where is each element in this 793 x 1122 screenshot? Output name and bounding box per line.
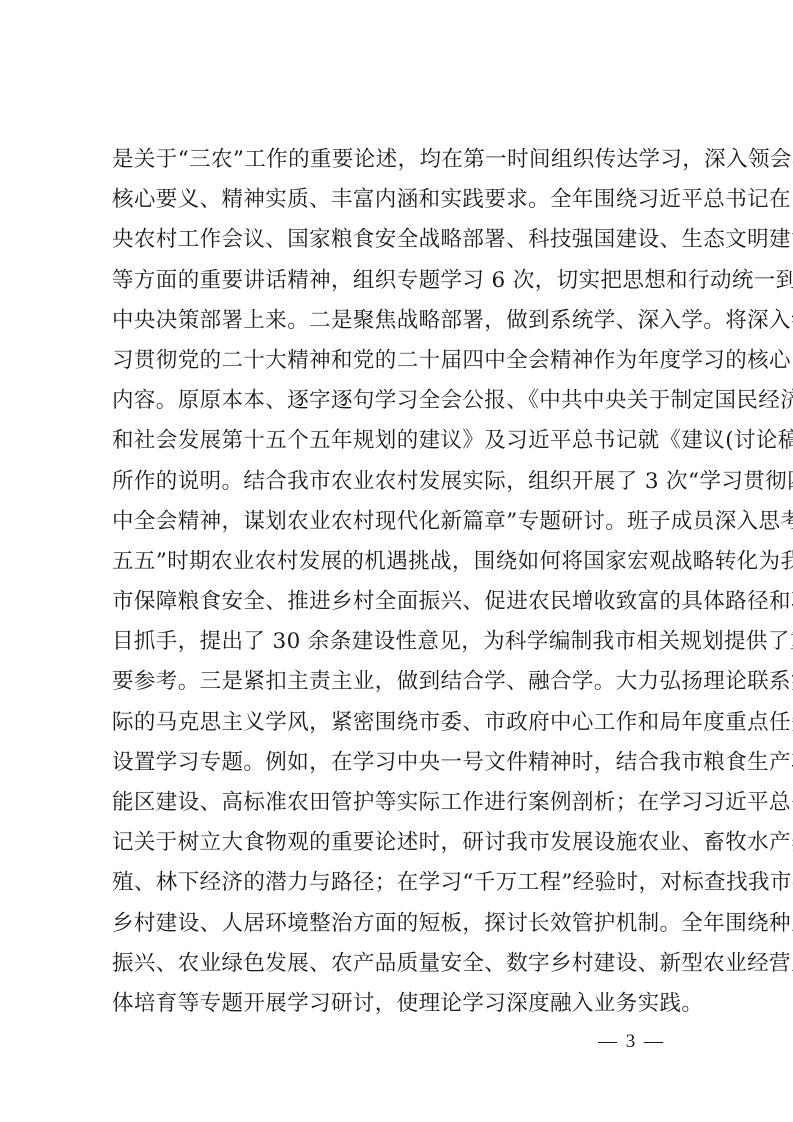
text-line: 等方面的重要讲话精神，组织专题学习 6 次，切实把思想和行动统一到党 [112,261,694,301]
text-line: 中央决策部署上来。二是聚焦战略部署，做到系统学、深入学。将深入学 [112,301,694,341]
text-line: 能区建设、高标准农田管护等实际工作进行案例剖析；在学习习近平总书 [112,783,694,823]
text-line: 殖、林下经济的潜力与路径；在学习“千万工程”经验时，对标查找我市在 [112,863,694,903]
text-line: 中全会精神，谋划农业农村现代化新篇章”专题研讨。班子成员深入思考“十 [112,502,694,542]
document-page: 是关于“三农”工作的重要论述，均在第一时间组织传达学习，深入领会其 核心要义、精… [0,0,793,1122]
text-line: 习贯彻党的二十大精神和党的二十届四中全会精神作为年度学习的核心 [112,341,694,381]
text-line: 核心要义、精神实质、丰富内涵和实践要求。全年围绕习近平总书记在中 [112,180,694,220]
text-line: 设置学习专题。例如，在学习中央一号文件精神时，结合我市粮食生产功 [112,743,694,783]
text-line: 和社会发展第十五个五年规划的建议》及习近平总书记就《建议(讨论稿)》 [112,421,694,461]
text-line: 市保障粮食安全、推进乡村全面振兴、促进农民增收致富的具体路径和项 [112,582,694,622]
text-line: 目抓手，提出了 30 余条建设性意见，为科学编制我市相关规划提供了重 [112,622,694,662]
text-line: 是关于“三农”工作的重要论述，均在第一时间组织传达学习，深入领会其 [112,140,694,180]
text-line: 振兴、农业绿色发展、农产品质量安全、数字乡村建设、新型农业经营主 [112,944,694,984]
text-line: 记关于树立大食物观的重要论述时，研讨我市发展设施农业、畜牧水产养 [112,823,694,863]
text-line: 际的马克思主义学风，紧密围绕市委、市政府中心工作和局年度重点任务 [112,703,694,743]
text-line: 五五”时期农业农村发展的机遇挑战，围绕如何将国家宏观战略转化为我 [112,542,694,582]
text-line: 内容。原原本本、逐字逐句学习全会公报、《中共中央关于制定国民经济 [112,381,694,421]
text-line: 央农村工作会议、国家粮食安全战略部署、科技强国建设、生态文明建设 [112,220,694,260]
page-number: — 3 — [598,1031,665,1053]
text-line: 体培育等专题开展学习研讨，使理论学习深度融入业务实践。 [112,984,694,1024]
text-line: 乡村建设、人居环境整治方面的短板，探讨长效管护机制。全年围绕种业 [112,904,694,944]
body-paragraph: 是关于“三农”工作的重要论述，均在第一时间组织传达学习，深入领会其 核心要义、精… [112,140,694,1024]
text-line: 所作的说明。结合我市农业农村发展实际，组织开展了 3 次“学习贯彻四 [112,462,694,502]
text-line: 要参考。三是紧扣主责主业，做到结合学、融合学。大力弘扬理论联系实 [112,662,694,702]
